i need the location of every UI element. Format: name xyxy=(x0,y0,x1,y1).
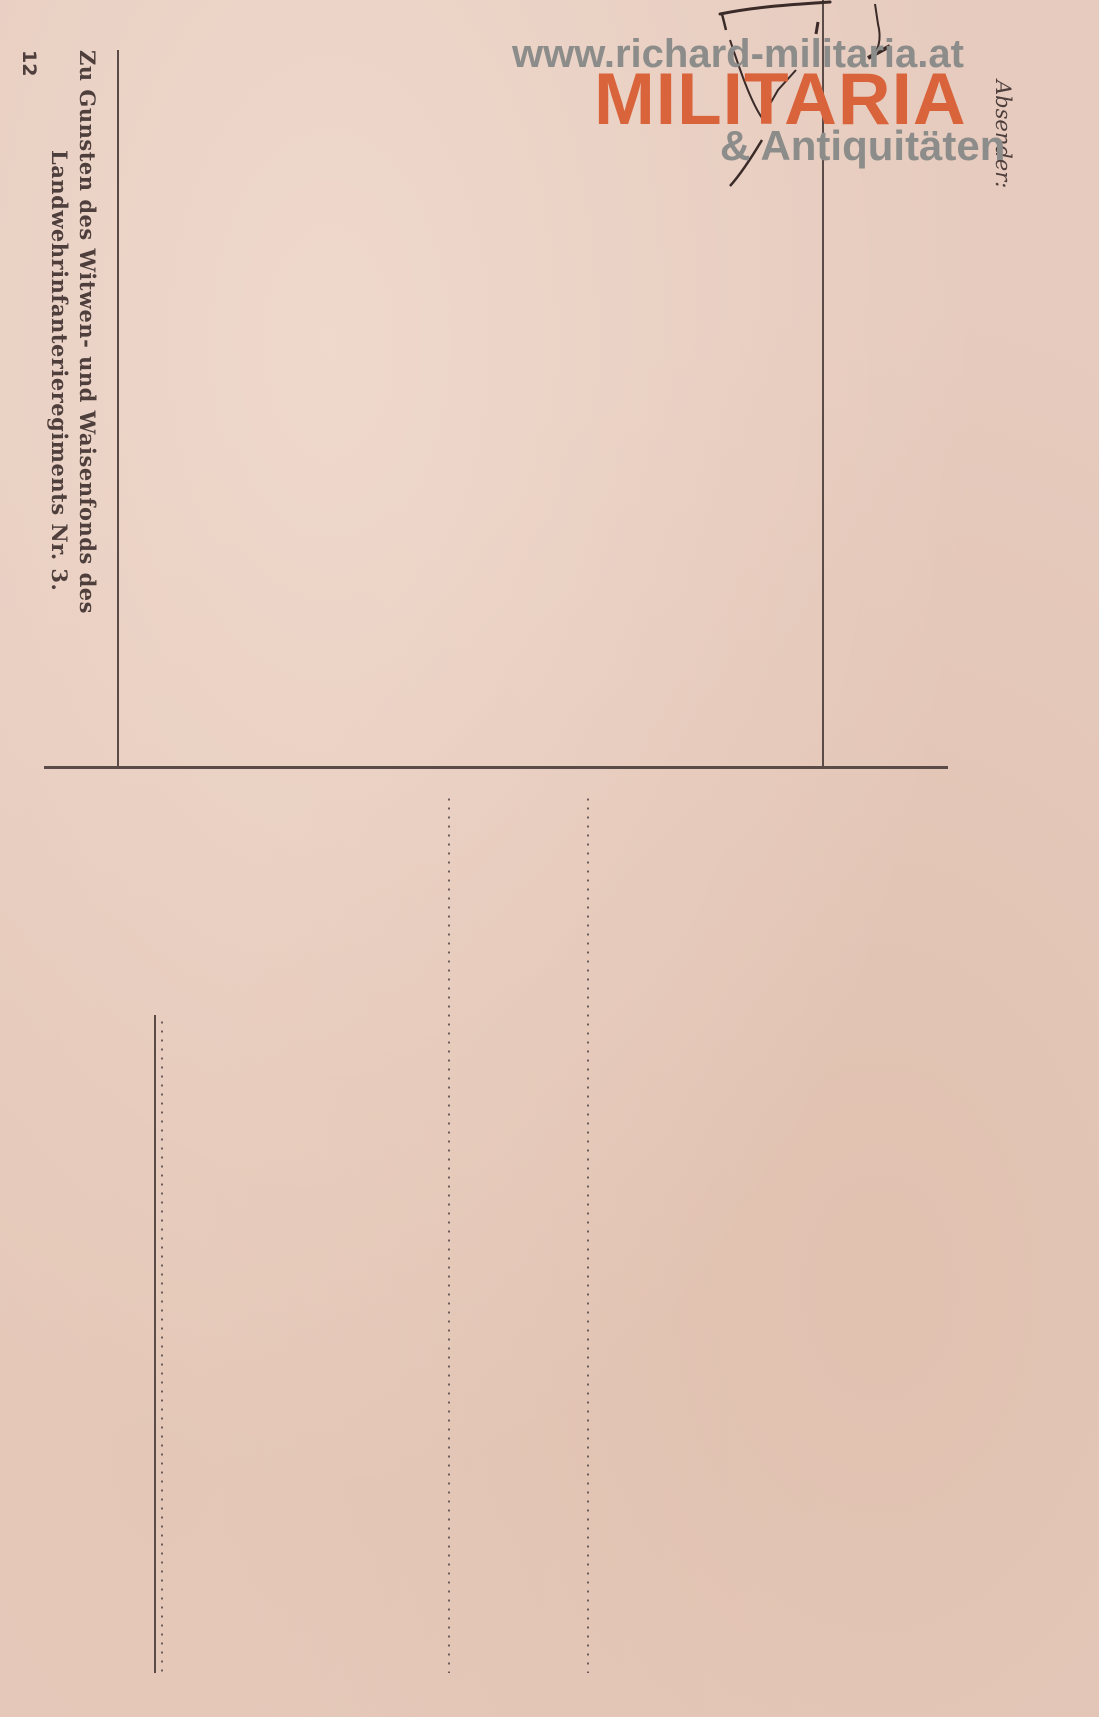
dedication-line-2: Landwehrinfanterieregiments Nr. 3. xyxy=(47,150,72,591)
card-number: 12 xyxy=(18,50,40,76)
horizontal-divider xyxy=(44,766,948,769)
address-rule-solid xyxy=(154,1015,156,1673)
address-rule-dotted-2 xyxy=(448,795,450,1673)
dedication-line-1: Zu Gunsten des Witwen- und Waisenfonds d… xyxy=(75,50,100,614)
address-rule-dotted-3 xyxy=(587,795,589,1673)
watermark-tagline: & Antiquitäten xyxy=(720,122,1005,170)
postcard-back: 12 Zu Gunsten des Witwen- und Waisenfond… xyxy=(0,0,1099,1717)
dedication-rule xyxy=(117,50,119,766)
address-rule-dotted-1 xyxy=(161,1018,163,1673)
